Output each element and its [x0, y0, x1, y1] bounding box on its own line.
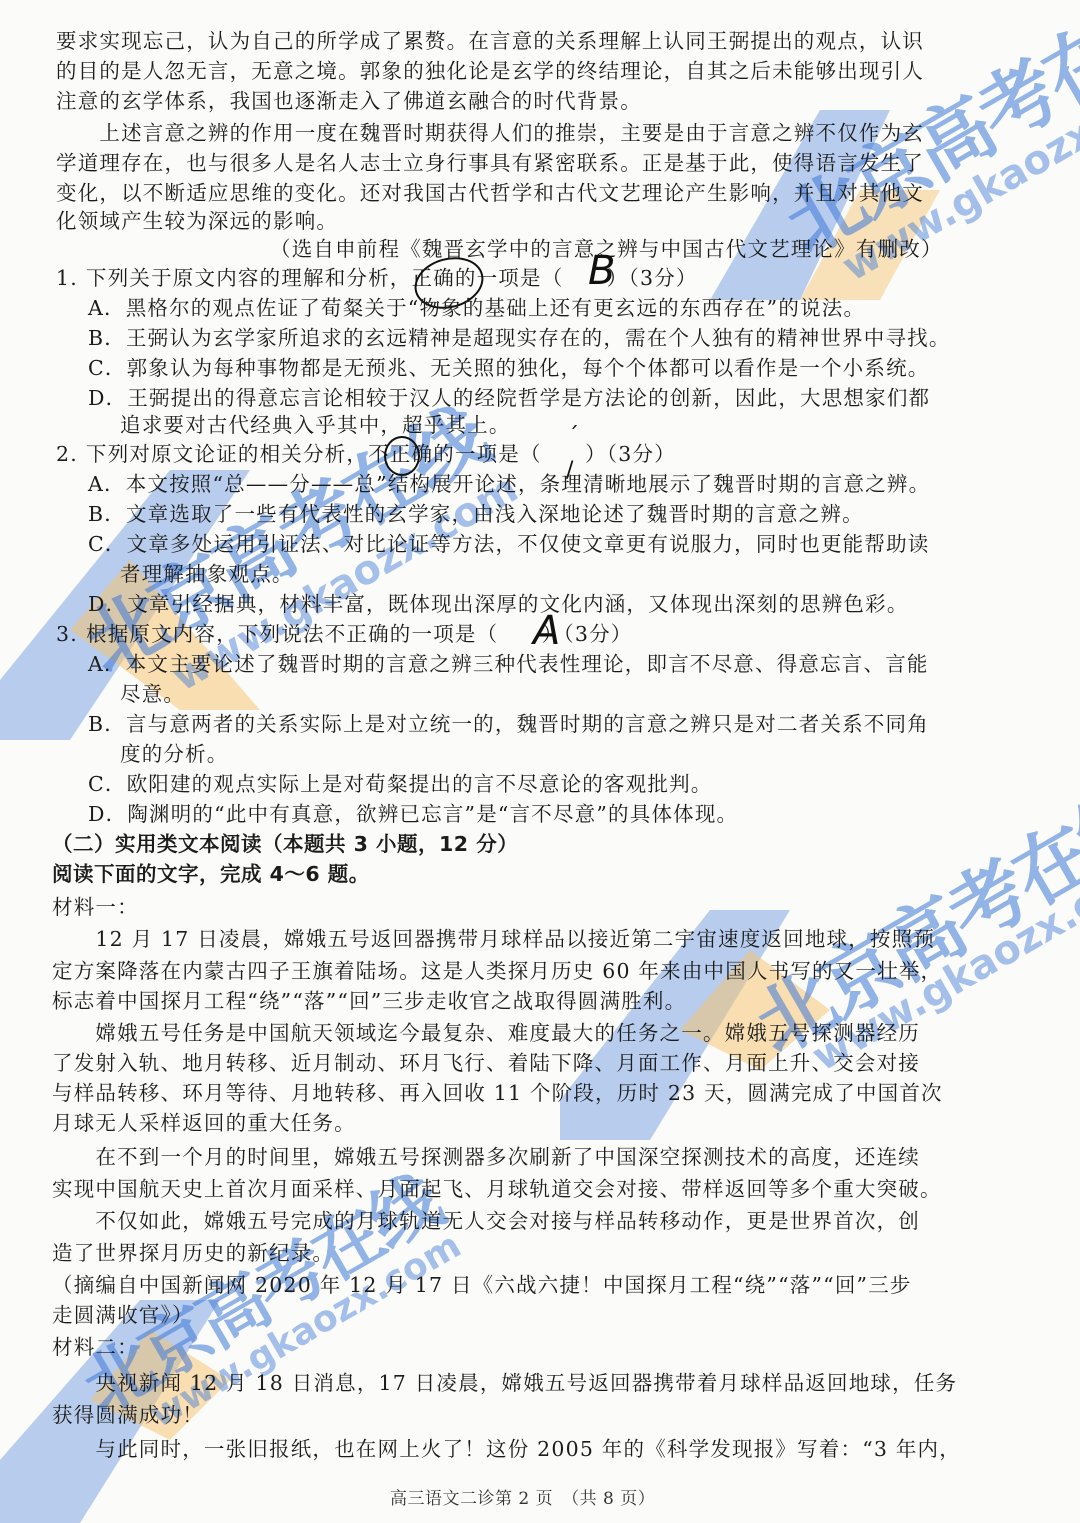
question-number: 3.: [56, 621, 86, 647]
material-1-line: 与样品转移、环月等待、月地转移、再入回收 11 个阶段，历时 23 天，圆满完成…: [52, 1080, 943, 1106]
handwritten-answer-1: B: [588, 248, 615, 294]
question-1-option-a: A．黑格尔的观点佐证了荀粲关于“物象的基础上还有更玄远的东西存在”的说法。: [88, 295, 865, 321]
exam-page: 北京高考在线 www.gkaozx.com 北京高考在线 www.gkaozx.…: [0, 0, 1080, 1523]
page-footer: 高三语文二诊第 2 页 （共 8 页）: [390, 1486, 655, 1512]
passage-line: 要求实现忘己，认为自己的所学成了累赘。在言意的关系理解上认同王弼提出的观点，认识: [56, 28, 924, 54]
passage-line: 注意的玄学体系，我国也逐渐走入了佛道玄融合的时代背景。: [56, 88, 642, 114]
material-1-source: （摘编自中国新闻网 2020 年 12 月 17 日《六战六捷！中国探月工程“绕…: [52, 1272, 912, 1298]
handwritten-answer-3: A: [533, 608, 560, 654]
material-1-label: 材料一：: [52, 894, 139, 920]
question-1-option-c: C．郭象认为每种事物都是无预兆、无关照的独化，每个个体都可以看作是一个小系统。: [88, 355, 929, 381]
question-number: 1.: [56, 265, 86, 291]
material-1-line: 定方案降落在内蒙古四子王旗着陆场。这是人类探月历史 60 年来由中国人书写的又一…: [52, 958, 942, 984]
material-2-line: 央视新闻 12 月 18 日消息，17 日凌晨，嫦娥五号返回器携带着月球样品返回…: [52, 1370, 957, 1396]
material-1-line: 造了世界探月历史的新纪录。: [52, 1240, 334, 1266]
question-3-option-b: B．言与意两者的关系实际上是对立统一的，魏晋时期的言意之辨只是对二者关系不同角: [88, 711, 929, 737]
question-text: 下列对原文论证的相关分析，不正确的一项是（ ）（3分）: [86, 442, 676, 466]
section-instruction: 阅读下面的文字，完成 4～6 题。: [52, 861, 370, 887]
question-3-option-c: C．欧阳建的观点实际上是对荀粲提出的言不尽意论的客观批判。: [88, 771, 712, 797]
question-2-option-a: A．本文按照“总——分——总”结构展开论述，条理清晰地展示了魏晋时期的言意之辨。: [88, 471, 930, 497]
handwritten-circle-mark: [384, 436, 420, 476]
question-2-option-c-cont: 者理解抽象观点。: [120, 561, 294, 587]
material-2-line: 与此同时，一张旧报纸，也在网上火了！这份 2005 年的《科学发现报》写着：“3…: [52, 1436, 961, 1462]
material-1-line: 了发射入轨、地月转移、近月制动、环月飞行、着陆下降、月面工作、月面上升、交会对接: [52, 1050, 920, 1076]
material-1-line: 12 月 17 日凌晨，嫦娥五号返回器携带月球样品以接近第二宇宙速度返回地球，按…: [52, 926, 935, 952]
material-1-source-cont: 走圆满收官》）: [52, 1302, 194, 1328]
passage-line: 的目的是人忽无言，无意之境。郭象的独化论是玄学的终结理论，自其之后未能够出现引人: [56, 58, 924, 84]
question-2-option-d: D．文章引经据典，材料丰富，既体现出深厚的文化内涵，又体现出深刻的思辨色彩。: [88, 591, 909, 617]
material-2-line: 获得圆满成功！: [52, 1402, 204, 1428]
material-1-line: 月球无人采样返回的重大任务。: [52, 1110, 356, 1136]
question-1-option-d: D．王弼提出的得意忘言论相较于汉人的经院哲学是方法论的创新，因此，大思想家们都: [88, 385, 930, 411]
handwritten-tick: ˊ: [568, 424, 579, 449]
question-2-option-b: B．文章选取了一些有代表性的玄学家，由浅入深地论述了魏晋时期的言意之辨。: [88, 501, 864, 527]
question-2-stem: 2.下列对原文论证的相关分析，不正确的一项是（ ）（3分）: [56, 441, 676, 467]
question-1-option-b: B．王弼认为玄学家所追求的玄远精神是超现实存在的，需在个人独有的精神世界中寻找。: [88, 325, 951, 351]
material-1-line: 标志着中国探月工程“绕”“落”“回”三步走收官之战取得圆满胜利。: [52, 988, 686, 1014]
question-3-option-a: A．本文主要论述了魏晋时期的言意之辨三种代表性理论，即言不尽意、得意忘言、言能: [88, 651, 929, 677]
passage-line: 化领域产生较为深远的影响。: [56, 208, 338, 234]
question-3-option-d: D．陶渊明的“此中有真意，欲辨已忘言”是“言不尽意”的具体体现。: [88, 801, 738, 827]
material-1-line: 嫦娥五号任务是中国航天领域迄今最复杂、难度最大的任务之一。嫦娥五号探测器经历: [52, 1020, 920, 1046]
material-1-line: 不仅如此，嫦娥五号完成的月球轨道无人交会对接与样品转移动作，更是世界首次，创: [52, 1208, 920, 1234]
material-1-line: 实现中国航天史上首次月面采样、月面起飞、月球轨道交会对接、带样返回等多个重大突破…: [52, 1176, 942, 1202]
passage-line: 变化，以不断适应思维的变化。还对我国古代哲学和古代文艺理论产生影响，并且对其他文: [56, 180, 924, 206]
material-2-label: 材料二：: [52, 1334, 139, 1360]
question-1-option-d-cont: 追求要对古代经典入乎其中，超乎其上。: [120, 412, 511, 438]
section-heading: （二）实用类文本阅读（本题共 3 小题，12 分）: [52, 831, 518, 857]
question-3-option-b-cont: 度的分析。: [120, 741, 229, 767]
question-3-option-a-cont: 尽意。: [120, 681, 185, 707]
question-2-option-c: C．文章多处运用引证法、对比论证等方法，不仅使文章更有说服力，同时也更能帮助读: [88, 531, 929, 557]
question-number: 2.: [56, 441, 86, 467]
material-1-line: 在不到一个月的时间里，嫦娥五号探测器多次刷新了中国深空探测技术的高度，还连续: [52, 1144, 920, 1170]
passage-line: 上述言意之辨的作用一度在魏晋时期获得人们的推崇，主要是由于言意之辨不仅作为玄: [56, 120, 924, 146]
passage-line: 学道理存在，也与很多人是名人志士立身行事具有紧密联系。正是基于此，使得语言发生了: [56, 150, 924, 176]
